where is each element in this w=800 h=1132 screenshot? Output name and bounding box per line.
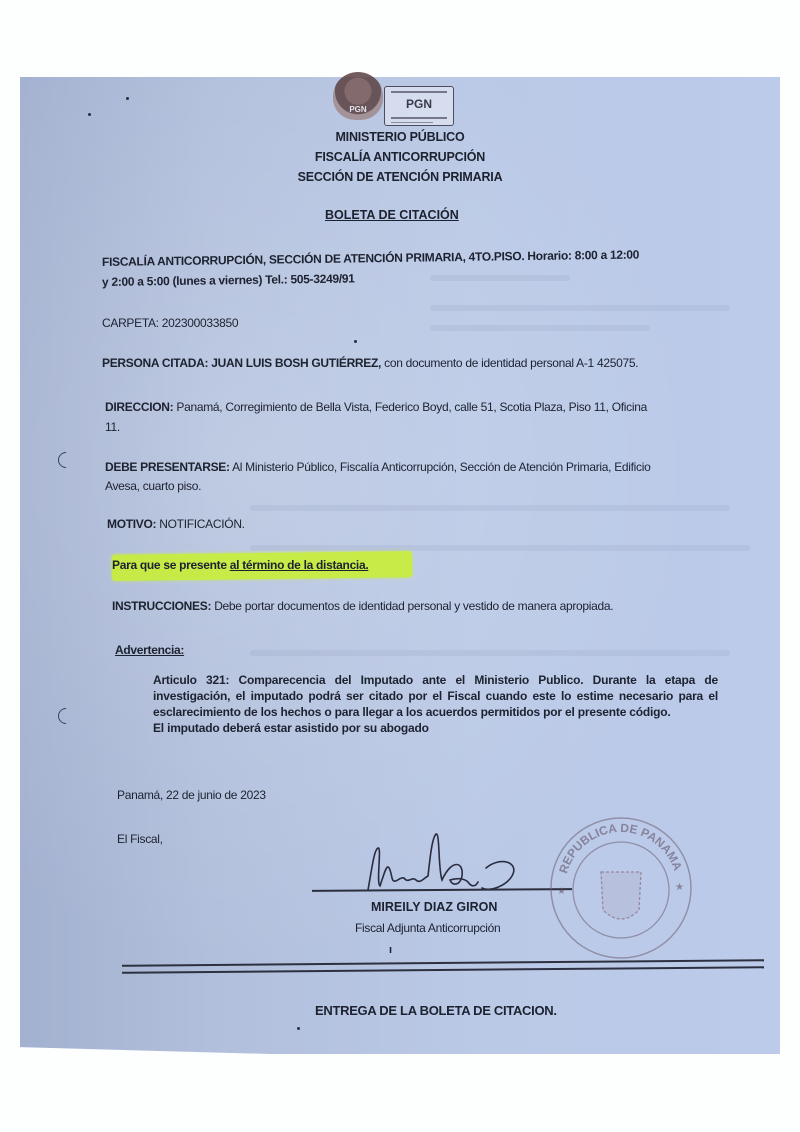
motivo-label: MOTIVO: xyxy=(107,517,156,531)
carpeta-value: 202300033850 xyxy=(162,316,239,330)
signoff: El Fiscal, xyxy=(117,832,163,846)
direccion-line-2: 11. xyxy=(105,420,120,434)
presentation-term-plain: Para que se presente xyxy=(112,558,230,572)
bleed-through-text xyxy=(250,650,730,656)
signature-scribble xyxy=(360,828,530,898)
motivo-field: MOTIVO: NOTIFICACIÓN. xyxy=(107,517,245,531)
seal-logo-label: PGN xyxy=(333,105,383,114)
presentation-term-underlined: al término de la distancia. xyxy=(230,558,369,572)
speck xyxy=(297,1027,300,1030)
bleed-through-text xyxy=(430,305,730,311)
header-seccion: SECCIÓN DE ATENCIÓN PRIMARIA xyxy=(0,170,800,184)
direccion-label: DIRECCION: xyxy=(105,400,173,414)
pgn-box-logo: PGN xyxy=(384,86,454,126)
presentation-term-line: Para que se presente al término de la di… xyxy=(112,558,368,572)
motivo-value: NOTIFICACIÓN. xyxy=(159,517,244,531)
carpeta-field: CARPETA: 202300033850 xyxy=(102,316,238,330)
bleed-through-text xyxy=(250,505,730,511)
debe-presentarse-field: DEBE PRESENTARSE: Al Ministerio Público,… xyxy=(105,460,650,474)
official-stamp: REPUBLICA DE PANAMA ★ ★ xyxy=(543,810,698,960)
article-321-text: Articulo 321: Comparecencia del Imputado… xyxy=(153,672,718,720)
document-title: BOLETA DE CITACIÓN xyxy=(325,208,459,222)
speck xyxy=(126,97,129,100)
advertencia-label: Advertencia: xyxy=(115,643,184,657)
instrucciones-value: Debe portar documentos de identidad pers… xyxy=(214,599,613,613)
signatory-name: MIREILY DIAZ GIRON xyxy=(371,900,497,914)
debe-presentarse-label: DEBE PRESENTARSE: xyxy=(105,460,230,474)
footer-title: ENTREGA DE LA BOLETA DE CITACION. xyxy=(315,1003,557,1018)
pgn-seal-logo: PGN xyxy=(333,72,383,120)
persona-citada-label: PERSONA CITADA: xyxy=(102,356,208,370)
header-ministerio: MINISTERIO PÚBLICO xyxy=(0,130,800,144)
bleed-through-text xyxy=(250,545,750,551)
header-fiscalia: FISCALÍA ANTICORRUPCIÓN xyxy=(0,150,800,164)
persona-citada-field: PERSONA CITADA: JUAN LUIS BOSH GUTIÉRREZ… xyxy=(102,356,638,370)
speck xyxy=(88,113,91,116)
place-date: Panamá, 22 de junio de 2023 xyxy=(117,788,266,802)
debe-presentarse-line-2: Avesa, cuarto piso. xyxy=(105,479,201,493)
persona-citada-id: con documento de identidad personal A-1 … xyxy=(384,356,638,370)
bleed-through-text xyxy=(430,275,570,281)
article-note: El imputado deberá estar asistido por su… xyxy=(153,720,718,736)
direccion-field: DIRECCION: Panamá, Corregimiento de Bell… xyxy=(105,400,647,414)
bleed-through-text xyxy=(430,325,650,331)
carpeta-label: CARPETA: xyxy=(102,316,159,330)
stray-mark: ı xyxy=(389,944,392,956)
signatory-role: Fiscal Adjunta Anticorrupción xyxy=(355,921,500,935)
instrucciones-field: INSTRUCCIONES: Debe portar documentos de… xyxy=(112,599,613,613)
direccion-line-1: Panamá, Corregimiento de Bella Vista, Fe… xyxy=(176,400,647,414)
box-logo-label: PGN xyxy=(385,97,453,111)
advertencia-article: Articulo 321: Comparecencia del Imputado… xyxy=(153,672,718,736)
svg-text:REPUBLICA DE PANAMA: REPUBLICA DE PANAMA xyxy=(556,821,685,875)
debe-presentarse-line-1: Al Ministerio Público, Fiscalía Anticorr… xyxy=(232,460,650,474)
stamp-outer-text: REPUBLICA DE PANAMA xyxy=(556,821,685,875)
svg-text:★: ★ xyxy=(675,882,684,893)
persona-citada-name: JUAN LUIS BOSH GUTIÉRREZ, xyxy=(211,356,381,370)
instrucciones-label: INSTRUCCIONES: xyxy=(112,599,211,613)
svg-text:★: ★ xyxy=(557,886,566,897)
speck xyxy=(354,340,357,343)
